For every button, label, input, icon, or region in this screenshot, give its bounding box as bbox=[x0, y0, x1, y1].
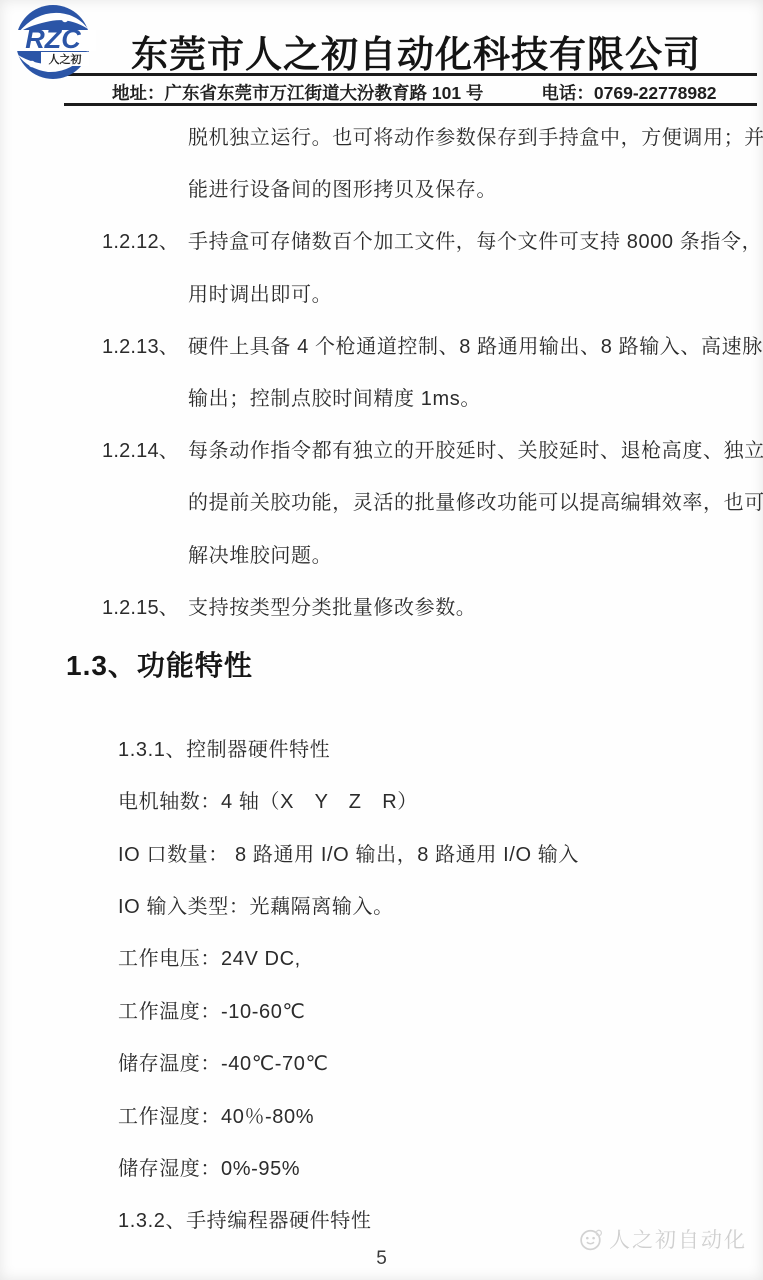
document-page: RZC 人之初 东莞市人之初自动化科技有限公司 地址：广东省东莞市万江街道大汾教… bbox=[0, 0, 763, 1280]
spec-list: 1.3.1、控制器硬件特性 电机轴数：4 轴（X Y Z R） IO 口数量： … bbox=[0, 724, 763, 1248]
spec-line: IO 输入类型：光藕隔离输入。 bbox=[0, 881, 763, 933]
spec-line: 储存温度：-40℃-70℃ bbox=[0, 1038, 763, 1090]
list-item-text: 输出；控制点胶时间精度 1ms。 bbox=[188, 373, 481, 425]
list-item-number: 1.2.15、 bbox=[102, 582, 179, 634]
page-number: 5 bbox=[0, 1248, 763, 1270]
address-text: 地址：广东省东莞市万江街道大汾教育路 101 号 bbox=[112, 80, 483, 105]
spec-line: 储存湿度：0%-95% bbox=[0, 1143, 763, 1195]
logo-subtext: 人之初 bbox=[49, 52, 82, 66]
list-item-line: 解决堆胶问题。 bbox=[0, 530, 763, 582]
list-item-number: 1.2.12、 bbox=[102, 216, 179, 268]
section-heading: 1.3、功能特性 bbox=[0, 646, 763, 686]
list-item-text: 解决堆胶问题。 bbox=[188, 530, 332, 582]
spec-line: IO 口数量： 8 路通用 I/O 输出，8 路通用 I/O 输入 bbox=[0, 829, 763, 881]
list-item-line: 用时调出即可。 bbox=[0, 269, 763, 321]
list-item-line: 1.2.15、 支持按类型分类批量修改参数。 bbox=[0, 582, 763, 634]
paragraph-text: 能进行设备间的图形拷贝及保存。 bbox=[188, 164, 497, 216]
list-item-line: 1.2.12、 手持盒可存储数百个加工文件，每个文件可支持 8000 条指令，使 bbox=[0, 216, 763, 268]
list-item-text: 手持盒可存储数百个加工文件，每个文件可支持 8000 条指令，使 bbox=[188, 216, 763, 268]
list-item-line: 1.2.14、 每条动作指令都有独立的开胶延时、关胶延时、退枪高度、独立 bbox=[0, 425, 763, 477]
address-row: 地址：广东省东莞市万江街道大汾教育路 101 号 电话：0769-2277898… bbox=[112, 80, 723, 105]
phone-text: 电话：0769-22778982 bbox=[541, 80, 716, 105]
spec-line: 1.3.1、控制器硬件特性 bbox=[0, 724, 763, 776]
spec-line: 工作电压：24V DC, bbox=[0, 933, 763, 985]
list-item-text: 的提前关胶功能，灵活的批量修改功能可以提高编辑效率，也可 bbox=[188, 477, 763, 529]
spec-line: 工作温度：-10-60℃ bbox=[0, 986, 763, 1038]
header-rule-bottom bbox=[64, 103, 757, 106]
company-logo-icon: RZC 人之初 bbox=[8, 3, 98, 85]
paragraph-text: 脱机独立运行。也可将动作参数保存到手持盒中，方便调用；并 bbox=[188, 112, 763, 164]
spec-line: 电机轴数：4 轴（X Y Z R） bbox=[0, 776, 763, 828]
logo-acronym: RZC bbox=[25, 24, 81, 54]
document-body: 脱机独立运行。也可将动作参数保存到手持盒中，方便调用；并 能进行设备间的图形拷贝… bbox=[0, 112, 763, 1248]
list-item-text: 用时调出即可。 bbox=[188, 269, 332, 321]
list-item-number: 1.2.13、 bbox=[102, 321, 179, 373]
list-item-text: 每条动作指令都有独立的开胶延时、关胶延时、退枪高度、独立 bbox=[188, 425, 763, 477]
paragraph-line: 能进行设备间的图形拷贝及保存。 bbox=[0, 164, 763, 216]
list-item-text: 支持按类型分类批量修改参数。 bbox=[188, 582, 476, 634]
list-item-text: 硬件上具备 4 个枪通道控制、8 路通用输出、8 路输入、高速脉冲 bbox=[188, 321, 763, 373]
paragraph-line: 脱机独立运行。也可将动作参数保存到手持盒中，方便调用；并 bbox=[0, 112, 763, 164]
list-item-line: 的提前关胶功能，灵活的批量修改功能可以提高编辑效率，也可 bbox=[0, 477, 763, 529]
header-rule-top bbox=[64, 73, 757, 76]
spec-line: 工作湿度：40％-80% bbox=[0, 1091, 763, 1143]
list-item-number: 1.2.14、 bbox=[102, 425, 179, 477]
list-item-line: 输出；控制点胶时间精度 1ms。 bbox=[0, 373, 763, 425]
company-name: 东莞市人之初自动化科技有限公司 bbox=[118, 24, 714, 78]
list-item-line: 1.2.13、 硬件上具备 4 个枪通道控制、8 路通用输出、8 路输入、高速脉… bbox=[0, 321, 763, 373]
letterhead: RZC 人之初 东莞市人之初自动化科技有限公司 地址：广东省东莞市万江街道大汾教… bbox=[0, 0, 763, 112]
